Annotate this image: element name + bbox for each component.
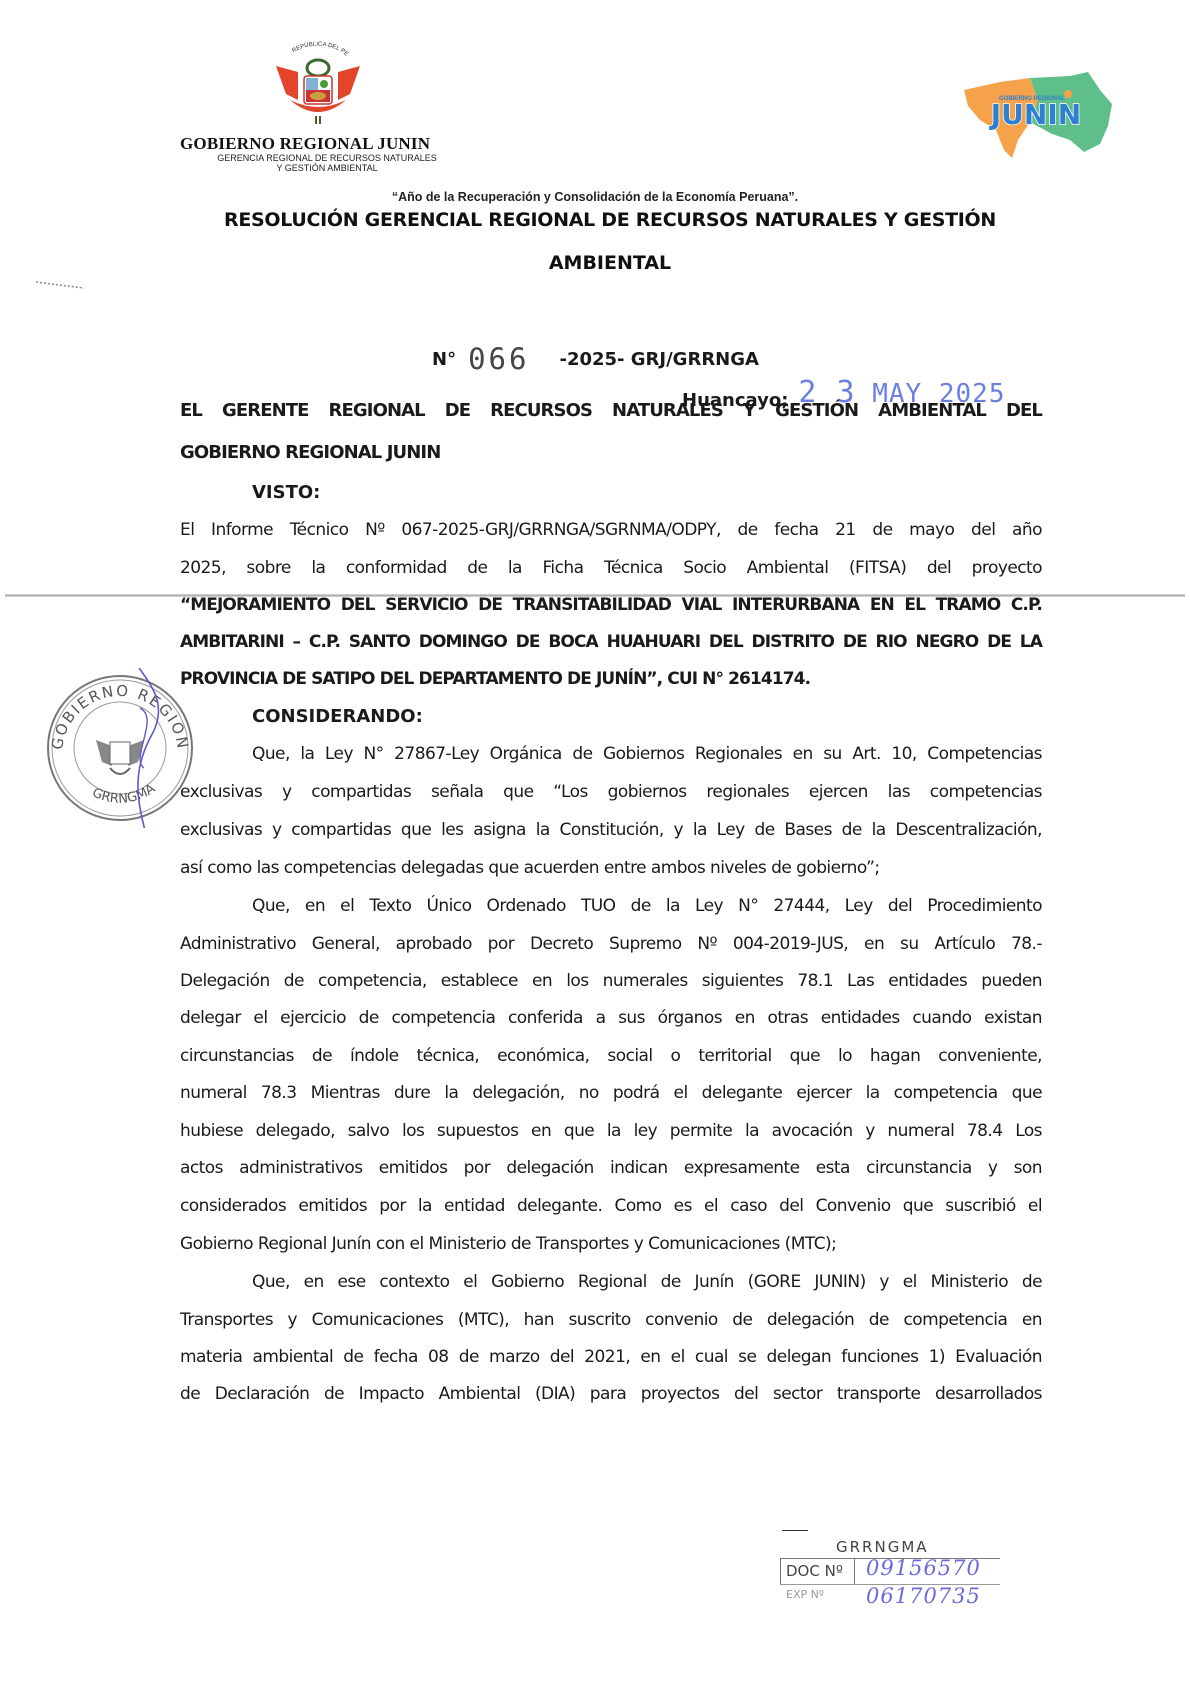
svg-text:JUNIN: JUNIN	[989, 98, 1081, 131]
number-suffix: -2025- GRJ/GRRNGA	[559, 349, 758, 370]
paragraph-line: exclusivas y compartidas que les asigna …	[180, 820, 1042, 840]
paragraph-line: delegar el ejercicio de competencia conf…	[180, 1008, 1042, 1028]
organization-name: GOBIERNO REGIONAL JUNIN	[180, 134, 430, 154]
doc-number-value: 09156570	[866, 1556, 981, 1580]
department-line-1: GERENCIA REGIONAL DE RECURSOS NATURALES	[202, 153, 452, 163]
visto-heading: VISTO:	[252, 482, 320, 503]
paragraph-line: así como las competencias delegadas que …	[180, 858, 1042, 878]
paragraph-line: considerados emitidos por la entidad del…	[180, 1196, 1042, 1216]
document-title-line-1: RESOLUCIÓN GERENCIAL REGIONAL DE RECURSO…	[0, 209, 1190, 231]
peru-coat-of-arms-icon: REPÚBLICA DEL PERÚ	[268, 38, 368, 128]
svg-text:REPÚBLICA DEL PERÚ: REPÚBLICA DEL PERÚ	[268, 38, 349, 58]
exp-number-label: EXP Nº	[786, 1588, 824, 1601]
paragraph-line: Administrativo General, aprobado por Dec…	[180, 934, 1042, 954]
stamped-number: 066	[468, 342, 529, 376]
year-motto: “Año de la Recuperación y Consolidación …	[0, 190, 1190, 204]
paragraph-line: Que, la Ley N° 27867-Ley Orgánica de Gob…	[180, 744, 1042, 764]
authority-line-2: GOBIERNO REGIONAL JUNIN	[180, 442, 1042, 463]
authority-line-1: EL GERENTE REGIONAL DE RECURSOS NATURALE…	[180, 400, 1042, 421]
visto-line: 2025, sobre la conformidad de la Ficha T…	[180, 558, 1042, 578]
resolution-number: N°066-2025- GRJ/GRRNGA	[432, 338, 759, 372]
paragraph-line: exclusivas y compartidas señala que “Los…	[180, 782, 1042, 802]
doc-number-label: DOC Nº	[786, 1562, 843, 1580]
scan-artifact	[36, 276, 86, 284]
paragraph-line: actos administrativos emitidos por deleg…	[180, 1158, 1042, 1178]
paragraph-line: Que, en ese contexto el Gobierno Regiona…	[180, 1272, 1042, 1292]
svg-text:GRRNGMA: GRRNGMA	[90, 781, 158, 807]
paragraph-line: numeral 78.3 Mientras dure la delegación…	[180, 1083, 1042, 1103]
paragraph-line: materia ambiental de fecha 08 de marzo d…	[180, 1347, 1042, 1367]
project-name-line: PROVINCIA DE SATIPO DEL DEPARTAMENTO DE …	[180, 669, 1042, 689]
exp-number-value: 06170735	[866, 1584, 981, 1608]
department-name: GERENCIA REGIONAL DE RECURSOS NATURALES …	[202, 153, 452, 173]
paragraph-line: circunstancias de índole técnica, económ…	[180, 1046, 1042, 1066]
paragraph-line: hubiese delegado, salvo los supuestos en…	[180, 1121, 1042, 1141]
project-name-line: AMBITARINI – C.P. SANTO DOMINGO DE BOCA …	[180, 632, 1042, 652]
official-seal: GOBIERNO REGIONAL JUNIN GRRNGMA	[40, 668, 200, 828]
junin-region-logo: GOBIERNO REGIONAL JUNIN	[960, 70, 1120, 162]
considerando-heading: CONSIDERANDO:	[252, 706, 423, 727]
project-name-line: “MEJORAMIENTO DEL SERVICIO DE TRANSITABI…	[180, 595, 1042, 615]
paragraph-line: Que, en el Texto Único Ordenado TUO de l…	[180, 896, 1042, 916]
number-prefix: N°	[432, 349, 456, 370]
department-line-2: Y GESTIÓN AMBIENTAL	[202, 163, 452, 173]
visto-line: El Informe Técnico Nº 067-2025-GRJ/GRRNG…	[180, 520, 1042, 540]
document-title-line-2: AMBIENTAL	[0, 252, 1190, 274]
paragraph-line: Gobierno Regional Junín con el Ministeri…	[180, 1234, 1042, 1254]
paragraph-line: Transportes y Comunicaciones (MTC), han …	[180, 1310, 1042, 1330]
document-registry-stamp: GRRNGMA DOC Nº 09156570 EXP Nº 06170735	[780, 1540, 1010, 1630]
paragraph-line: Delegación de competencia, establece en …	[180, 971, 1042, 991]
stamp-office: GRRNGMA	[836, 1538, 929, 1556]
paragraph-line: de Declaración de Impacto Ambiental (DIA…	[180, 1384, 1042, 1404]
